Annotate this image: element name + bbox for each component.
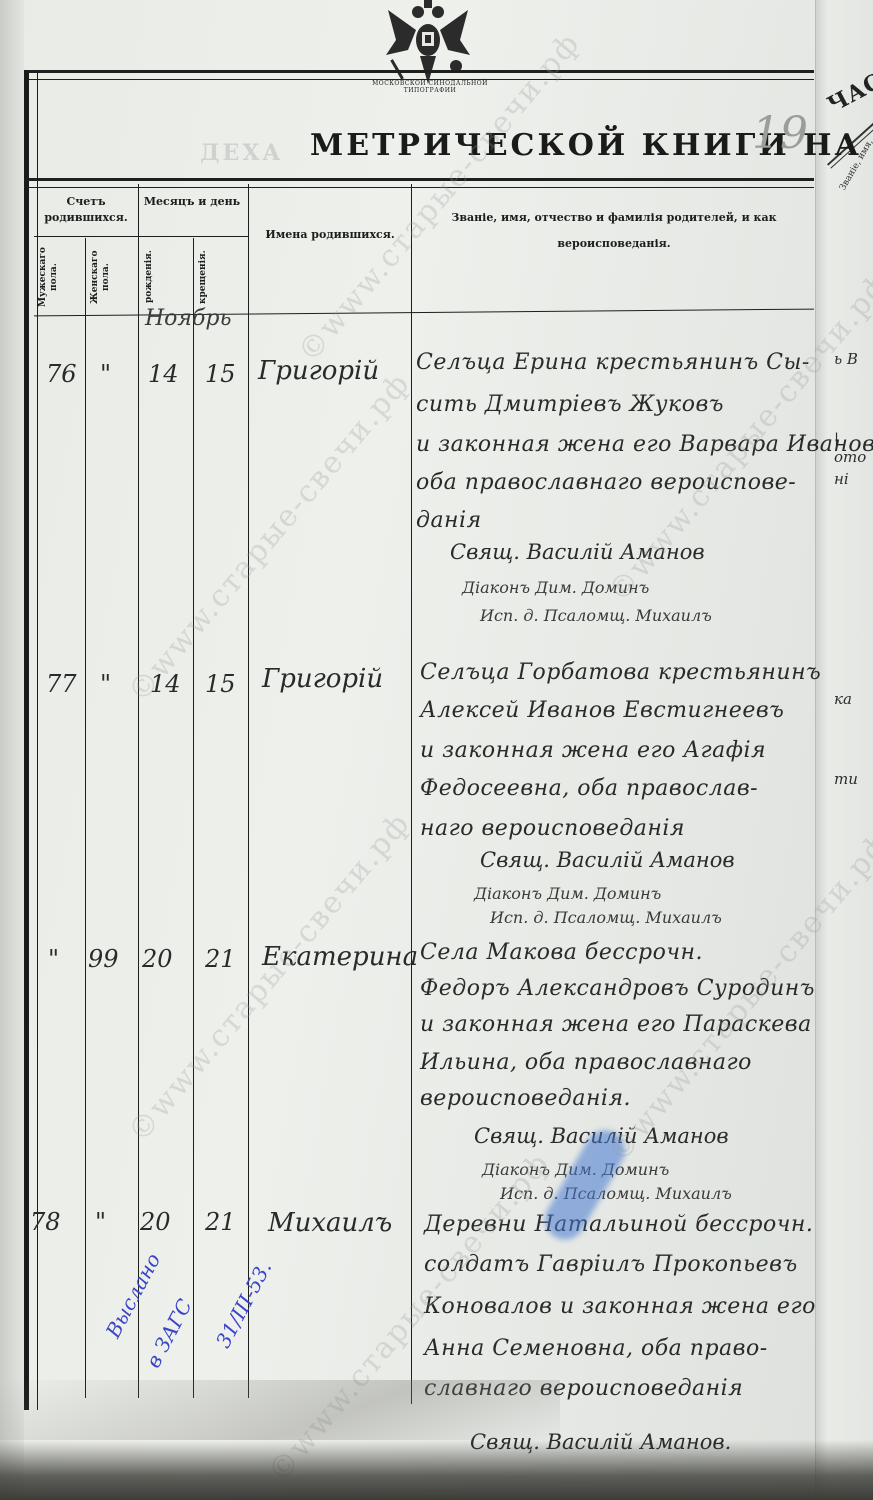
grid-line — [411, 184, 412, 1404]
entry-1-baptism: 15 — [205, 360, 236, 388]
col-birth: рожденія. — [144, 242, 184, 312]
facing-page-title: ЧАС — [823, 68, 873, 118]
entry-1-female: " — [100, 360, 111, 388]
entry-1-parents-line: данія — [416, 508, 482, 533]
facing-page-script: ти — [834, 770, 858, 788]
page-bottom-shadow — [0, 1440, 873, 1500]
entry-2-parents-line: и законная жена его Агафія — [420, 738, 766, 763]
grid-line — [138, 184, 139, 1398]
entry-2-signature-psalmist: Исп. д. Псаломщ. Михаилъ — [490, 908, 722, 927]
entry-1-signature-psalmist: Исп. д. Псаломщ. Михаилъ — [480, 606, 712, 625]
entry-3-female: 99 — [88, 945, 119, 973]
entry-4-parents-line: Анна Семеновна, оба право- — [424, 1336, 768, 1361]
col-baptism: крещенія. — [198, 242, 238, 312]
page-fold — [0, 1380, 560, 1440]
entry-1-parents-line: Селъца Ерина крестьянинъ Сы- — [416, 350, 810, 375]
binding-edge — [0, 0, 24, 1500]
handwritten-year: 19 — [752, 108, 808, 159]
month-label: Ноябрь — [145, 306, 232, 331]
col-parents: Званіе, имя, отчество и фамилія родителе… — [414, 205, 814, 257]
entry-1-parents-line: сить Дмитріевъ Жуковъ — [416, 392, 724, 417]
entry-4-baptism: 21 — [205, 1208, 236, 1236]
entry-2-parents-line: наго вероисповеданія — [420, 816, 685, 841]
grid-line — [85, 238, 86, 1398]
entry-2-signature-priest: Свящ. Василій Аманов — [480, 848, 735, 872]
entry-4-name: Михаилъ — [268, 1208, 392, 1238]
entry-2-baptism: 15 — [205, 670, 236, 698]
entry-2-female: " — [100, 670, 111, 698]
entry-3-male: " — [48, 945, 59, 973]
entry-4-parents-line: Коновалов и законная жена его — [424, 1294, 816, 1319]
entry-4-female: " — [95, 1208, 106, 1236]
entry-2-parents-line: Алексей Иванов Евстигнеевъ — [420, 698, 784, 723]
faded-print: ДЕХА — [200, 140, 283, 166]
emblem-ribbon-text: МОСКОВСКОЙ СИНОДАЛЬНОЙ ТИПОГРАФИИ — [372, 80, 488, 94]
entry-1-male: 76 — [46, 360, 77, 388]
col-group-count: Счетъ родившихся. — [38, 194, 134, 226]
entry-2-male: 77 — [46, 670, 77, 698]
grid-line — [248, 184, 249, 1398]
entry-2-parents-line: Селъца Горбатова крестьянинъ — [420, 660, 821, 685]
entry-2-parents-line: Федосеевна, оба православ- — [420, 776, 758, 801]
grid-line — [193, 238, 194, 1398]
entry-3-birth: 20 — [142, 945, 173, 973]
entry-1-birth: 14 — [148, 360, 179, 388]
col-female: Женскаго пола. — [90, 242, 130, 312]
entry-2-signature-deacon: Діаконъ Дим. Доминъ — [474, 884, 661, 903]
col-male: Мужескаго пола. — [38, 242, 78, 312]
top-rule — [24, 70, 814, 80]
entry-3-parents-line: Села Макова бессрочн. — [420, 940, 703, 965]
entry-4-birth: 20 — [140, 1208, 171, 1236]
emblem-ribbon: МОСКОВСКОЙ СИНОДАЛЬНОЙ ТИПОГРАФИИ — [360, 80, 500, 116]
title-bottom-rule — [24, 178, 814, 188]
facing-page-script: ні — [834, 470, 849, 488]
entry-4-male: 78 — [30, 1208, 61, 1236]
entry-3-parents-line: вероисповеданія. — [420, 1086, 631, 1111]
grid-line — [34, 236, 248, 237]
col-group-month-day: Месяцъ и день — [140, 194, 244, 210]
facing-page-script: ка — [834, 690, 852, 708]
entry-1-parents-line: и законная жена его Варвара Иванова, — [416, 432, 873, 457]
entry-3-baptism: 21 — [205, 945, 236, 973]
entry-2-name: Григорій — [262, 664, 383, 694]
facing-page: ЧАС Званіе, имя, ь В | ото ні ка ти — [815, 0, 873, 1500]
